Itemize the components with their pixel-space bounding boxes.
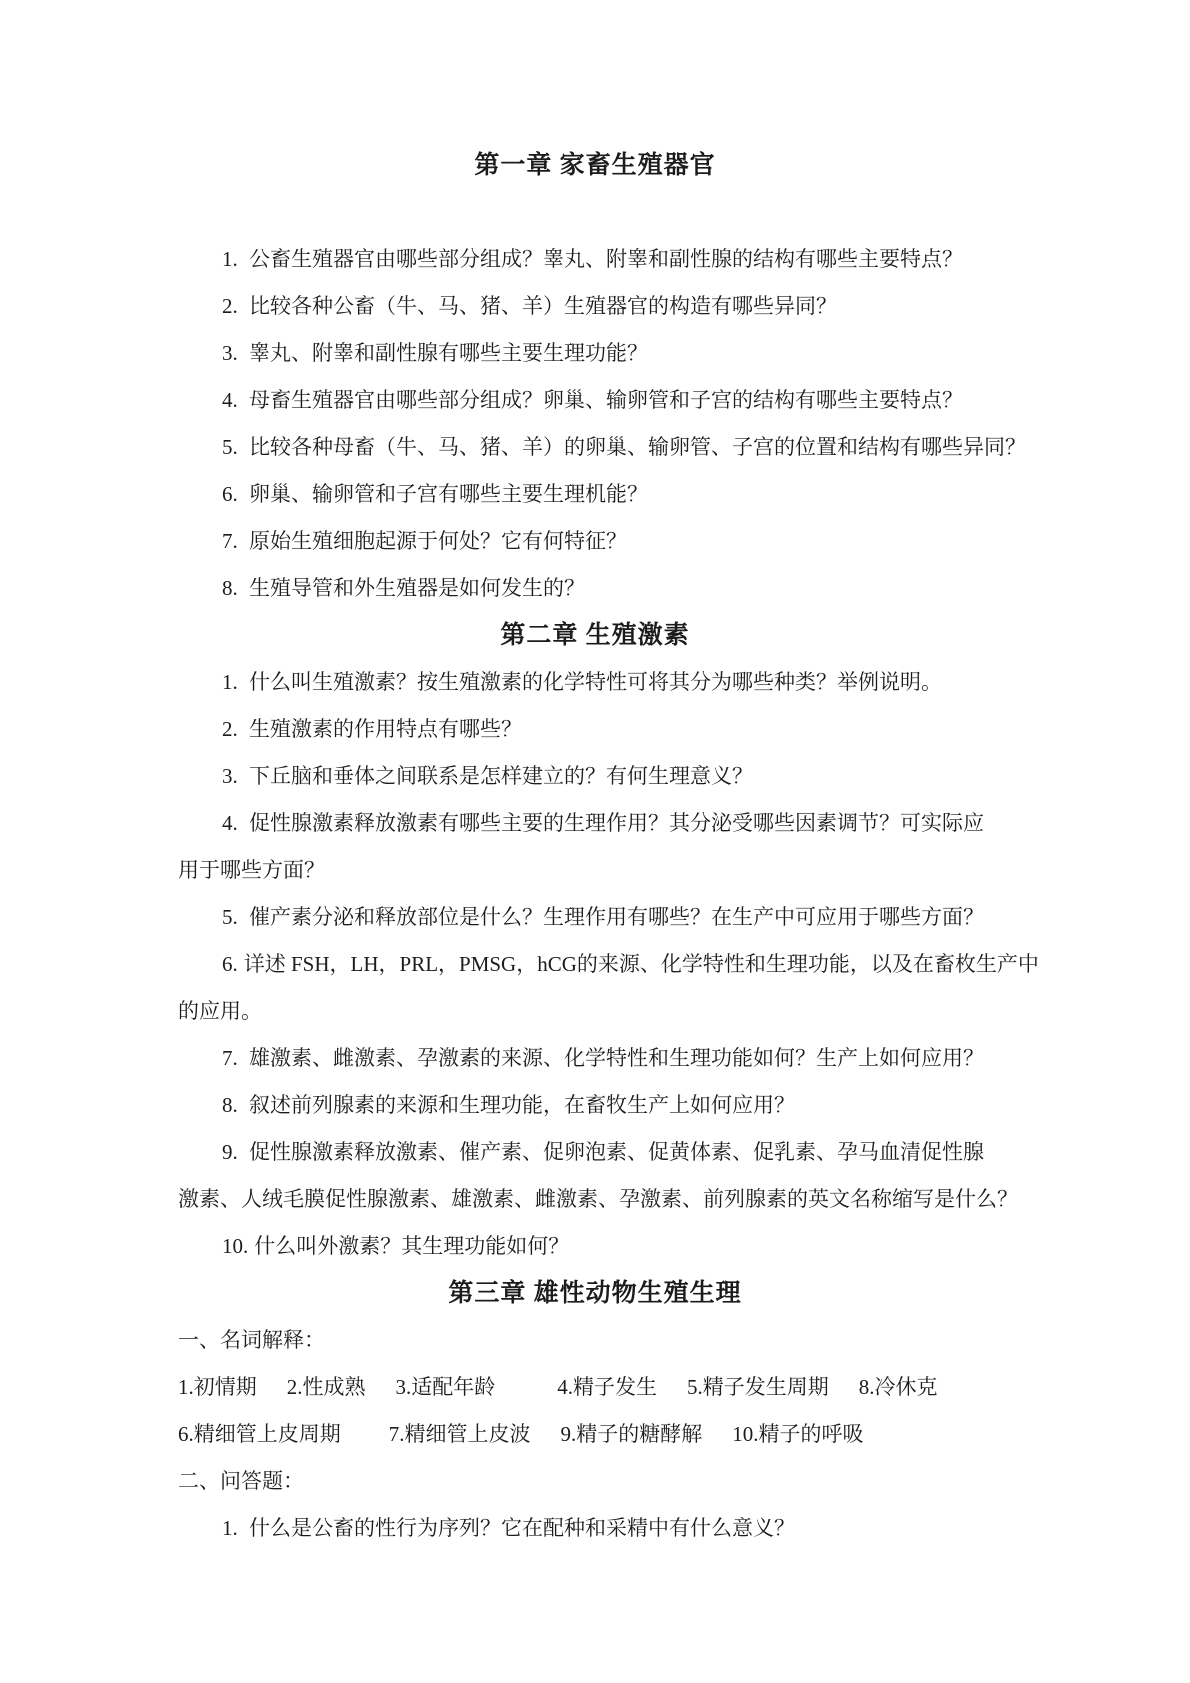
chapter2-question-1: 1.什么叫生殖激素？按生殖激素的化学特性可将其分为哪些种类？举例说明。 (178, 659, 1012, 706)
question-text: 什么叫生殖激素？按生殖激素的化学特性可将其分为哪些种类？举例说明。 (249, 670, 942, 694)
chapter2-question-3: 3.下丘脑和垂体之间联系是怎样建立的？有何生理意义？ (178, 753, 1012, 800)
question-number: 4. (222, 377, 249, 424)
term: 2.性成熟 (287, 1375, 366, 1399)
question-number: 5. (222, 424, 249, 471)
question-number: 1. (222, 236, 249, 283)
question-number: 2. (222, 706, 249, 753)
chapter2-question-5: 5.催产素分泌和释放部位是什么？生理作用有哪些？在生产中可应用于哪些方面？ (178, 894, 1012, 941)
document-page: 第一章 家畜生殖器官 1.公畜生殖器官由哪些部分组成？睾丸、附睾和副性腺的结构有… (0, 0, 1190, 1683)
chapter1-question-8: 8.生殖导管和外生殖器是如何发生的？ (178, 565, 1012, 612)
question-number: 1. (222, 1505, 249, 1552)
chapter2-question-4-continuation: 用于哪些方面？ (178, 847, 1012, 894)
chapter2-question-9-continuation: 激素、人绒毛膜促性腺激素、雄激素、雌激素、孕激素、前列腺素的英文名称缩写是什么？ (178, 1176, 1012, 1223)
question-text: 公畜生殖器官由哪些部分组成？睾丸、附睾和副性腺的结构有哪些主要特点？ (249, 247, 963, 271)
question-number: 2. (222, 283, 249, 330)
question-number: 1. (222, 659, 249, 706)
question-text: 母畜生殖器官由哪些部分组成？卵巢、输卵管和子宫的结构有哪些主要特点？ (249, 388, 963, 412)
chapter2-question-9: 9.促性腺激素释放激素、催产素、促卵泡素、促黄体素、促乳素、孕马血清促性腺 (178, 1129, 1012, 1176)
chapter3-part2-label: 二、问答题： (178, 1458, 1012, 1505)
chapter2-question-8: 8.叙述前列腺素的来源和生理功能，在畜牧生产上如何应用？ (178, 1082, 1012, 1129)
question-text: 比较各种母畜（牛、马、猪、羊）的卵巢、输卵管、子宫的位置和结构有哪些异同？ (249, 435, 1026, 459)
chapter1-question-1: 1.公畜生殖器官由哪些部分组成？睾丸、附睾和副性腺的结构有哪些主要特点？ (178, 236, 1012, 283)
question-text: 睾丸、附睾和副性腺有哪些主要生理功能？ (249, 341, 648, 365)
term: 4.精子发生 (557, 1375, 657, 1399)
question-text: 下丘脑和垂体之间联系是怎样建立的？有何生理意义？ (249, 764, 753, 788)
question-number: 8. (222, 1082, 249, 1129)
question-text: 比较各种公畜（牛、马、猪、羊）生殖器官的构造有哪些异同？ (249, 294, 837, 318)
question-number: 7. (222, 1035, 249, 1082)
chapter2-question-10: 10.什么叫外激素？其生理功能如何？ (178, 1223, 1012, 1270)
question-number: 3. (222, 330, 249, 377)
question-number: 7. (222, 518, 249, 565)
question-number: 5. (222, 894, 249, 941)
chapter3-terms-row2: 6.精细管上皮周期7.精细管上皮波9.精子的糖酵解10.精子的呼吸 (178, 1411, 1012, 1458)
question-text: 卵巢、输卵管和子宫有哪些主要生理机能？ (249, 482, 648, 506)
chapter1-title: 第一章 家畜生殖器官 (178, 142, 1012, 189)
chapter1-question-2: 2.比较各种公畜（牛、马、猪、羊）生殖器官的构造有哪些异同？ (178, 283, 1012, 330)
term: 7.精细管上皮波 (389, 1422, 531, 1446)
chapter2-question-6: 6.详述 FSH，LH，PRL，PMSG，hCG的来源、化学特性和生理功能，以及… (178, 941, 1012, 988)
question-text: 催产素分泌和释放部位是什么？生理作用有哪些？在生产中可应用于哪些方面？ (249, 905, 984, 929)
chapter3-title: 第三章 雄性动物生殖生理 (178, 1270, 1012, 1317)
question-text: 促性腺激素释放激素有哪些主要的生理作用？其分泌受哪些因素调节？可实际应 (249, 811, 984, 835)
question-text: 雄激素、雌激素、孕激素的来源、化学特性和生理功能如何？生产上如何应用？ (249, 1046, 984, 1070)
chapter1-question-5: 5.比较各种母畜（牛、马、猪、羊）的卵巢、输卵管、子宫的位置和结构有哪些异同？ (178, 424, 1012, 471)
chapter2-question-6-continuation: 的应用。 (178, 988, 1012, 1035)
term: 5.精子发生周期 (687, 1375, 829, 1399)
question-text: 叙述前列腺素的来源和生理功能，在畜牧生产上如何应用？ (249, 1093, 795, 1117)
question-text: 生殖激素的作用特点有哪些？ (249, 717, 522, 741)
chapter2-question-4: 4.促性腺激素释放激素有哪些主要的生理作用？其分泌受哪些因素调节？可实际应 (178, 800, 1012, 847)
question-text: 生殖导管和外生殖器是如何发生的？ (249, 576, 585, 600)
chapter2-question-2: 2.生殖激素的作用特点有哪些？ (178, 706, 1012, 753)
term: 3.适配年龄 (396, 1375, 496, 1399)
term: 10.精子的呼吸 (732, 1422, 863, 1446)
chapter1-question-7: 7.原始生殖细胞起源于何处？它有何特征？ (178, 518, 1012, 565)
term: 9.精子的糖酵解 (561, 1422, 703, 1446)
chapter2-title: 第二章 生殖激素 (178, 612, 1012, 659)
chapter1-question-6: 6.卵巢、输卵管和子宫有哪些主要生理机能？ (178, 471, 1012, 518)
question-number: 8. (222, 565, 249, 612)
question-text: 详述 FSH，LH，PRL，PMSG，hCG的来源、化学特性和生理功能，以及在畜… (244, 952, 1039, 976)
question-number: 10. (222, 1223, 248, 1270)
chapter3-terms-row1: 1.初情期2.性成熟3.适配年龄4.精子发生5.精子发生周期8.冷休克 (178, 1364, 1012, 1411)
term: 6.精细管上皮周期 (178, 1422, 341, 1446)
question-number: 3. (222, 753, 249, 800)
question-number: 9. (222, 1129, 249, 1176)
chapter2-question-7: 7.雄激素、雌激素、孕激素的来源、化学特性和生理功能如何？生产上如何应用？ (178, 1035, 1012, 1082)
spacer (178, 189, 1012, 236)
question-text: 促性腺激素释放激素、催产素、促卵泡素、促黄体素、促乳素、孕马血清促性腺 (249, 1140, 984, 1164)
question-text: 原始生殖细胞起源于何处？它有何特征？ (249, 529, 627, 553)
chapter1-question-3: 3.睾丸、附睾和副性腺有哪些主要生理功能？ (178, 330, 1012, 377)
term: 8.冷休克 (859, 1375, 938, 1399)
term: 1.初情期 (178, 1375, 257, 1399)
question-text: 什么是公畜的性行为序列？它在配种和采精中有什么意义？ (249, 1516, 795, 1540)
question-number: 6. (222, 471, 249, 518)
chapter1-question-4: 4.母畜生殖器官由哪些部分组成？卵巢、输卵管和子宫的结构有哪些主要特点？ (178, 377, 1012, 424)
question-number: 4. (222, 800, 249, 847)
chapter3-question-1: 1.什么是公畜的性行为序列？它在配种和采精中有什么意义？ (178, 1505, 1012, 1552)
question-number: 6. (222, 941, 238, 988)
chapter3-part1-label: 一、名词解释： (178, 1317, 1012, 1364)
question-text: 什么叫外激素？其生理功能如何？ (254, 1234, 569, 1258)
